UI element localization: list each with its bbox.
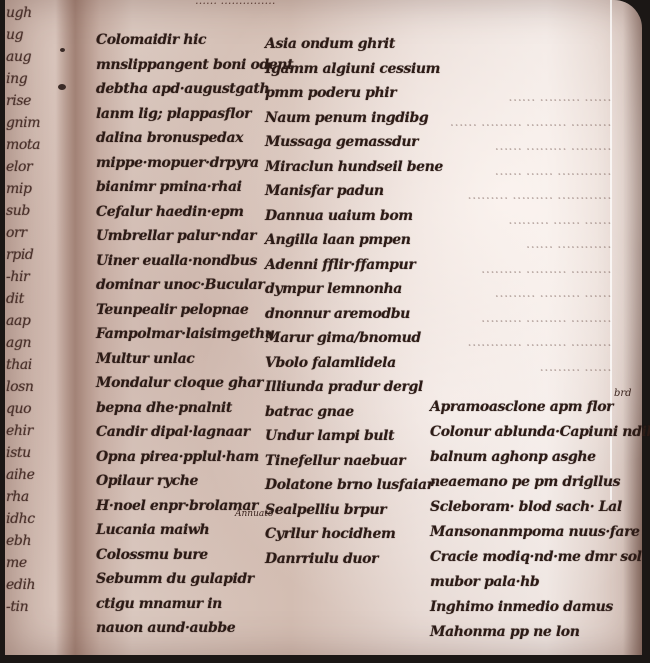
manuscript-line: rise <box>6 90 40 112</box>
manuscript-line: Illiunda pradur dergl <box>265 375 443 400</box>
manuscript-line: -hir <box>6 266 40 288</box>
manuscript-line: nauon aund·aubbe <box>96 616 293 641</box>
manuscript-line: aug <box>6 46 40 68</box>
manuscript-line: debtha apd·augustgath <box>96 77 293 102</box>
manuscript-line: Uiner eualla·nondbus <box>96 249 293 274</box>
manuscript-line: Dannua uaium bom <box>265 204 443 229</box>
manuscript-line: Umbrellar palur·ndar <box>96 224 293 249</box>
column-a: Colomaidir hicmnslippangent boni odentde… <box>96 28 293 641</box>
manuscript-line: Undur lampi bult <box>265 424 443 449</box>
manuscript-line: thai <box>6 354 40 376</box>
manuscript-line: Danrriulu duor <box>265 547 443 572</box>
manuscript-line: dalina bronuspedax <box>96 126 293 151</box>
wormhole <box>58 84 66 90</box>
manuscript-line: Colossmu bure <box>96 543 293 568</box>
manuscript-line: Dolatone brno lusfaiar <box>265 473 443 498</box>
manuscript-line: Igamm algiuni cessium <box>265 57 443 82</box>
manuscript-line: Opilaur ryche <box>96 469 293 494</box>
manuscript-line: dit <box>6 288 40 310</box>
manuscript-line: mubor pala·hb <box>430 570 650 595</box>
manuscript-line: batrac gnae <box>265 400 443 425</box>
manuscript-line: aap <box>6 310 40 332</box>
manuscript-line: losn <box>6 376 40 398</box>
manuscript-line: istu <box>6 442 40 464</box>
manuscript-line: Candir dipal·lagnaar <box>96 420 293 445</box>
manuscript-line: gnim <box>6 112 40 134</box>
manuscript-line: ing <box>6 68 40 90</box>
column-d: Apramoasclone apm florColonur ablunda·Ca… <box>430 395 650 645</box>
manuscript-line: me <box>6 552 40 574</box>
manuscript-line: edih <box>6 574 40 596</box>
manuscript-line: elor <box>6 156 40 178</box>
manuscript-line: Sealpelliu brpur <box>265 498 443 523</box>
manuscript-line: Opna pirea·pplul·ham <box>96 445 293 470</box>
top-heading: …… …………… <box>195 0 276 7</box>
column-b: Asia ondum ghritIgamm algiuni cessiumpmm… <box>265 32 443 571</box>
manuscript-line: bepna dhe·pnalnit <box>96 396 293 421</box>
manuscript-line: rpid <box>6 244 40 266</box>
manuscript-line: Fampolmar·laisimgethu <box>96 322 293 347</box>
manuscript-line: Inghimo inmedio damus <box>430 595 650 620</box>
manuscript-line: dominar unoc·Bucular <box>96 273 293 298</box>
manuscript-line: idhc <box>6 508 40 530</box>
manuscript-line: …… ……… ……… <box>450 281 612 306</box>
manuscript-line: …… ……… <box>450 355 612 380</box>
manuscript-line: mip <box>6 178 40 200</box>
manuscript-line: Adenni fflir·ffampur <box>265 253 443 278</box>
manuscript-line: ug <box>6 24 40 46</box>
corner-note: brd <box>614 388 632 399</box>
manuscript-line: ehir <box>6 420 40 442</box>
manuscript-line: -tin <box>6 596 40 618</box>
manuscript-line: balnum aghonp asghe <box>430 445 650 470</box>
manuscript-line: ………… …… …… <box>450 159 612 184</box>
manuscript-line: mippe·mopuer·drpyra <box>96 151 293 176</box>
manuscript-line: rha <box>6 486 40 508</box>
manuscript-line: Asia ondum ghrit <box>265 32 443 57</box>
manuscript-line: Cyrllur hocidhem <box>265 522 443 547</box>
manuscript-line: mota <box>6 134 40 156</box>
manuscript-line: dympur lemnonha <box>265 277 443 302</box>
manuscript-line: ctigu mnamur in <box>96 592 293 617</box>
manuscript-line: Lucania maiwh <box>96 518 293 543</box>
manuscript-line: Mahonma pp ne lon <box>430 620 650 645</box>
manuscript-line: ……… ……… ……… <box>450 257 612 282</box>
manuscript-line: ……… ……… …… <box>450 134 612 159</box>
photo-frame: …… …………… ughugaugingrisegnimmotaelormips… <box>0 0 650 663</box>
manuscript-line: ……… ……… ………… <box>450 330 612 355</box>
manuscript-line: bianimr pmina·rhai <box>96 175 293 200</box>
manuscript-line: ………… ……… ……… <box>450 183 612 208</box>
bottom-shadow <box>0 655 650 663</box>
manuscript-line: Multur unlac <box>96 347 293 372</box>
manuscript-line: Mussaga gemassdur <box>265 130 443 155</box>
manuscript-line: ………… …… <box>450 232 612 257</box>
manuscript-line: Cefalur haedin·epm <box>96 200 293 225</box>
manuscript-line: Miraclun hundseil bene <box>265 155 443 180</box>
manuscript-line: neaemano pe pm drigllus <box>430 470 650 495</box>
manuscript-line: aihe <box>6 464 40 486</box>
manuscript-line: dnonnur aremodbu <box>265 302 443 327</box>
manuscript-line: Mondalur cloque ghar <box>96 371 293 396</box>
left-margin-fragments: ughugaugingrisegnimmotaelormipsuborrrpid… <box>6 2 40 618</box>
manuscript-line: ugh <box>6 2 40 24</box>
manuscript-line: Mansonanmpoma nuus·fare <box>430 520 650 545</box>
manuscript-line: agn <box>6 332 40 354</box>
manuscript-line: pmm poderu phir <box>265 81 443 106</box>
manuscript-line: Angilla laan pmpen <box>265 228 443 253</box>
manuscript-line: sub <box>6 200 40 222</box>
manuscript-line: Cracie modiq·nd·me dmr sol <box>430 545 650 570</box>
manuscript-line: Naum penum ingdibg <box>265 106 443 131</box>
column-c-faded: …… ……… …………… ……… ……… …………… ……… ……………… ……… <box>450 85 612 379</box>
manuscript-line: ebh <box>6 530 40 552</box>
manuscript-line: Vbolo falamlidela <box>265 351 443 376</box>
manuscript-line: ……… ……… ……… <box>450 306 612 331</box>
manuscript-line: Tinefellur naebuar <box>265 449 443 474</box>
manuscript-line: Sebumm du gulapidr <box>96 567 293 592</box>
manuscript-line: …… …… ……… <box>450 208 612 233</box>
manuscript-line: Colonur ablunda·Capiuni ndih <box>430 420 650 445</box>
manuscript-line: Teunpealir pelopnae <box>96 298 293 323</box>
manuscript-line: ……… ……… ……… …… <box>450 110 612 135</box>
manuscript-line: lanm lig; plappasflor <box>96 102 293 127</box>
binding-gutter <box>55 0 100 655</box>
manuscript-line: Marur gima/bnomud <box>265 326 443 351</box>
manuscript-line: Manisfar padun <box>265 179 443 204</box>
manuscript-line: Scleboram· blod sach· Lal <box>430 495 650 520</box>
manuscript-line: quo <box>6 398 40 420</box>
manuscript-line: Colomaidir hic <box>96 28 293 53</box>
manuscript-line: …… ……… …… <box>450 85 612 110</box>
manuscript-line: orr <box>6 222 40 244</box>
wormhole <box>60 48 65 52</box>
manuscript-line: mnslippangent boni odent <box>96 53 293 78</box>
